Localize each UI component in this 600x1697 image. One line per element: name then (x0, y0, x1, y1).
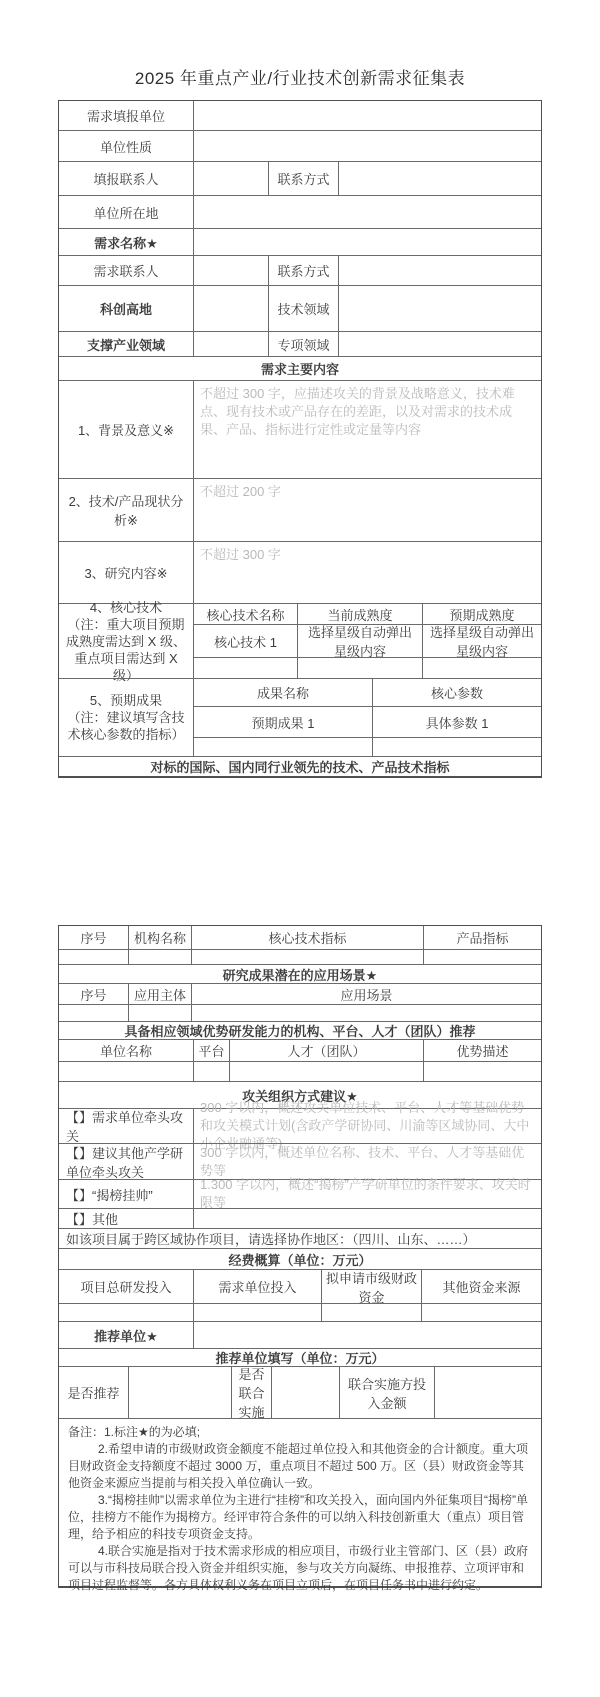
remarks-row: 备注：1.标注★的为必填; 2.希望申请的市级财政资金额度不能超过单位投入和其他… (59, 1418, 541, 1586)
page-title: 2025 年重点产业/行业技术创新需求征集表 (0, 64, 600, 89)
input-demand-unit-lead[interactable]: 300 字以内，概述攻关单位技术、平台、人才等基础优势和攻关模式计划(含政产学研… (193, 1109, 541, 1143)
col-municipal-fund: 拟申请市级财政资金 (321, 1270, 421, 1303)
col-org-name: 机构名称 (128, 926, 191, 949)
remark-item: 备注：1.标注★的为必填; (68, 1424, 532, 1441)
org-option-row: 【】建议其他产学研单位牵头攻关 300 字以内，概述单位名称、技术、平台、人才等… (59, 1143, 541, 1179)
table-row: 科创高地 技术领域 (59, 285, 541, 331)
label-sci-highland: 科创高地 (59, 286, 193, 331)
form-page: 2025 年重点产业/行业技术创新需求征集表 需求填报单位 单位性质 填报联系人… (0, 0, 600, 1588)
cell-empty[interactable] (193, 1304, 321, 1321)
label-background: 1、背景及意义※ (59, 381, 193, 478)
remarks-block: 备注：1.标注★的为必填; 2.希望申请的市级财政资金额度不能超过单位投入和其他… (59, 1419, 541, 1586)
recommendation-header-row: 单位名称 平台 人才（团队） 优势描述 (59, 1039, 541, 1061)
label-core-tech: 4、核心技术 （注：重大项目预期成熟度需达到 X 级、重点项目需达到 X 级） (59, 604, 193, 678)
cell-empty[interactable] (59, 1304, 193, 1321)
cell-empty[interactable] (128, 1005, 191, 1021)
checkbox-unveil-list[interactable]: 【】“揭榜挂帅” (59, 1180, 193, 1208)
section-header-row: 需求主要内容 (59, 356, 541, 380)
col-unit-name: 单位名称 (59, 1040, 193, 1061)
input-other-unit-lead[interactable]: 300 字以内，概述单位名称、技术、平台、人才等基础优势等 (193, 1144, 541, 1179)
col-result-name: 成果名称 (194, 679, 372, 706)
cell-empty[interactable] (194, 738, 372, 756)
subtable-empty-row (194, 657, 541, 678)
cell-empty[interactable] (59, 1062, 193, 1081)
section-budget: 经费概算（单位：万元） (59, 1249, 541, 1269)
table-row: 1、背景及意义※ 不超过 300 字，应描述攻关的背景及战略意义，技术难点、现有… (59, 380, 541, 478)
col-platform: 平台 (193, 1040, 229, 1061)
cell-specific-param-1[interactable]: 具体参数 1 (372, 707, 541, 737)
checkbox-other-unit-lead[interactable]: 【】建议其他产学研单位牵头攻关 (59, 1144, 193, 1179)
table-row: 需求填报单位 (59, 101, 541, 130)
org-option-row: 【】需求单位牵头攻关 300 字以内，概述攻关单位技术、平台、人才等基础优势和攻… (59, 1108, 541, 1143)
indicator-header-row: 序号 机构名称 核心技术指标 产品指标 (59, 926, 541, 949)
cell-empty[interactable] (191, 1005, 541, 1021)
input-industry-field[interactable] (193, 332, 268, 356)
expected-results-row: 5、预期成果 （注：建议填写含技术核心参数的指标） 成果名称 核心参数 预期成果… (59, 678, 541, 756)
cell-empty[interactable] (194, 658, 297, 678)
cell-empty[interactable] (321, 1304, 421, 1321)
col-talent-team: 人才（团队） (229, 1040, 423, 1061)
table-row: 单位所在地 (59, 195, 541, 228)
col-application-subject: 应用主体 (128, 984, 191, 1004)
recommend-unit-row: 推荐单位★ (59, 1321, 541, 1348)
input-background[interactable]: 不超过 300 字，应描述攻关的背景及战略意义，技术难点、现有技术或产品存在的差… (193, 381, 541, 478)
org-option-row: 【】其他 (59, 1208, 541, 1228)
col-total-rd-input: 项目总研发投入 (59, 1270, 193, 1303)
input-unit-location[interactable] (193, 196, 541, 228)
input-special-field[interactable] (338, 332, 541, 356)
cell-current-maturity[interactable]: 选择星级自动弹出星级内容 (297, 625, 422, 657)
col-core-params: 核心参数 (372, 679, 541, 706)
col-seq: 序号 (59, 926, 128, 949)
input-contact-way[interactable] (338, 162, 541, 195)
subtable-data-row: 预期成果 1 具体参数 1 (194, 706, 541, 737)
input-unveil-list[interactable]: 1.300 字以内，概述“揭榜”产学研单位的条件要求、攻关时限等 (193, 1180, 541, 1208)
benchmark-row: 对标的国际、国内同行业领先的技术、产品技术指标 (59, 756, 541, 776)
cell-empty[interactable] (193, 1062, 229, 1081)
cell-empty[interactable] (422, 658, 541, 678)
col-seq: 序号 (59, 984, 128, 1004)
cell-empty[interactable] (421, 1304, 541, 1321)
label-joint-investment: 联合实施方投入金额 (339, 1367, 434, 1418)
subtable-data-row: 核心技术 1 选择星级自动弹出星级内容 选择星级自动弹出星级内容 (194, 624, 541, 657)
input-tech-field[interactable] (338, 286, 541, 331)
demand-info-table: 需求填报单位 单位性质 填报联系人 联系方式 单位所在地 需求名称★ 需求联系人… (58, 100, 542, 778)
label-contact-way-2: 联系方式 (268, 256, 338, 285)
subtable-header-row: 成果名称 核心参数 (194, 679, 541, 706)
cell-empty[interactable] (372, 738, 541, 756)
table-row: 3、研究内容※ 不超过 300 字 (59, 541, 541, 603)
input-fill-contact[interactable] (193, 162, 268, 195)
label-tech-field: 技术领域 (268, 286, 338, 331)
label-status-analysis: 2、技术/产品现状分析※ (59, 479, 193, 541)
subtable-header-row: 核心技术名称 当前成熟度 预期成熟度 (194, 604, 541, 624)
label-fill-unit: 需求填报单位 (59, 101, 193, 130)
cell-empty[interactable] (423, 950, 541, 964)
table-row: 单位性质 (59, 130, 541, 161)
input-other[interactable] (193, 1209, 541, 1228)
col-expected-maturity: 预期成熟度 (422, 604, 541, 624)
input-fill-unit[interactable] (193, 101, 541, 130)
label-special-field: 专项领域 (268, 332, 338, 356)
table-row: 支撑产业领域 专项领域 (59, 331, 541, 356)
col-core-tech-name: 核心技术名称 (194, 604, 297, 624)
col-product-indicator: 产品指标 (423, 926, 541, 949)
col-application-scenario: 应用场景 (191, 984, 541, 1004)
core-tech-row: 4、核心技术 （注：重大项目预期成熟度需达到 X 级、重点项目需达到 X 级） … (59, 603, 541, 678)
organization-table: 序号 机构名称 核心技术指标 产品指标 研究成果潜在的应用场景★ 序号 应用主体… (58, 925, 542, 1588)
cell-expected-result-1[interactable]: 预期成果 1 (194, 707, 372, 737)
label-is-recommended: 是否推荐 (59, 1367, 128, 1418)
col-core-tech-indicator: 核心技术指标 (191, 926, 423, 949)
col-other-fund-source: 其他资金来源 (421, 1270, 541, 1303)
table-row: 需求联系人 联系方式 (59, 255, 541, 285)
org-option-row: 【】“揭榜挂帅” 1.300 字以内，概述“揭榜”产学研单位的条件要求、攻关时限… (59, 1179, 541, 1208)
input-joint-implementation[interactable] (271, 1367, 339, 1418)
indicator-empty-row (59, 949, 541, 964)
table-row: 需求名称★ (59, 228, 541, 255)
input-status-analysis[interactable]: 不超过 200 字 (193, 479, 541, 541)
input-recommend-unit[interactable] (193, 1322, 541, 1348)
col-advantage-desc: 优势描述 (423, 1040, 541, 1061)
label-recommend-unit: 推荐单位★ (59, 1322, 193, 1348)
section-application-scenarios: 研究成果潜在的应用场景★ (59, 965, 541, 983)
label-demand-name: 需求名称★ (59, 229, 193, 255)
benchmark-header: 对标的国际、国内同行业领先的技术、产品技术指标 (59, 757, 541, 776)
expected-results-subtable: 成果名称 核心参数 预期成果 1 具体参数 1 (193, 679, 541, 756)
table-row: 2、技术/产品现状分析※ 不超过 200 字 (59, 478, 541, 541)
input-sci-highland[interactable] (193, 286, 268, 331)
label-joint-implementation: 是否联合实施 (231, 1367, 271, 1418)
cell-empty[interactable] (59, 950, 128, 964)
input-research-content[interactable]: 不超过 300 字 (193, 542, 541, 603)
cell-empty[interactable] (128, 950, 191, 964)
section-header-row: 研究成果潜在的应用场景★ (59, 964, 541, 983)
label-industry-field: 支撑产业领域 (59, 332, 193, 356)
label-contact-way: 联系方式 (268, 162, 338, 195)
subtable-empty-row (194, 737, 541, 756)
section-recommendation: 具备相应领域优势研发能力的机构、平台、人才（团队）推荐 (59, 1022, 541, 1039)
cross-region-text[interactable]: 如该项目属于跨区域协作项目，请选择协作地区：（四川、山东、……） (59, 1229, 541, 1248)
core-tech-subtable: 核心技术名称 当前成熟度 预期成熟度 核心技术 1 选择星级自动弹出星级内容 选… (193, 604, 541, 678)
input-demand-name[interactable] (193, 229, 541, 255)
budget-header-row: 项目总研发投入 需求单位投入 拟申请市级财政资金 其他资金来源 (59, 1269, 541, 1303)
application-empty-row (59, 1004, 541, 1021)
input-joint-investment[interactable] (434, 1367, 541, 1418)
input-demand-contact[interactable] (193, 256, 268, 285)
label-expected-results: 5、预期成果 （注：建议填写含技术核心参数的指标） (59, 679, 193, 756)
label-research-content: 3、研究内容※ (59, 542, 193, 603)
input-contact-way-2[interactable] (338, 256, 541, 285)
label-demand-contact: 需求联系人 (59, 256, 193, 285)
cross-region-row: 如该项目属于跨区域协作项目，请选择协作地区：（四川、山东、……） (59, 1228, 541, 1248)
recommend-fill-row: 是否推荐 是否联合实施 联合实施方投入金额 (59, 1366, 541, 1418)
checkbox-other[interactable]: 【】其他 (59, 1209, 193, 1228)
checkbox-demand-unit-lead[interactable]: 【】需求单位牵头攻关 (59, 1109, 193, 1143)
input-unit-nature[interactable] (193, 131, 541, 161)
col-demand-unit-input: 需求单位投入 (193, 1270, 321, 1303)
cell-empty[interactable] (59, 1005, 128, 1021)
remark-item: 3.“揭榜挂帅”以需求单位为主进行“挂榜”和攻关投入，面向国内外征集项目“揭榜”… (68, 1492, 532, 1543)
cell-empty[interactable] (297, 658, 422, 678)
section-header-row: 推荐单位填写（单位：万元） (59, 1348, 541, 1366)
table-row: 填报联系人 联系方式 (59, 161, 541, 195)
section-main-content: 需求主要内容 (59, 357, 541, 380)
cell-core-tech-1[interactable]: 核心技术 1 (194, 625, 297, 657)
section-header-row: 经费概算（单位：万元） (59, 1248, 541, 1269)
cell-empty[interactable] (229, 1062, 423, 1081)
remark-item: 2.希望申请的市级财政资金额度不能超过单位投入和其他资金的合计额度。重大项目财政… (68, 1441, 532, 1492)
label-unit-nature: 单位性质 (59, 131, 193, 161)
label-unit-location: 单位所在地 (59, 196, 193, 228)
remark-item: 4.联合实施是指对于技术需求形成的相应项目，市级行业主管部门、区（县）政府可以与… (68, 1543, 532, 1594)
section-recommend-fill: 推荐单位填写（单位：万元） (59, 1349, 541, 1366)
cell-empty[interactable] (191, 950, 423, 964)
budget-empty-row (59, 1303, 541, 1321)
col-current-maturity: 当前成熟度 (297, 604, 422, 624)
label-fill-contact: 填报联系人 (59, 162, 193, 195)
input-is-recommended[interactable] (128, 1367, 231, 1418)
section-header-row: 具备相应领域优势研发能力的机构、平台、人才（团队）推荐 (59, 1021, 541, 1039)
recommendation-empty-row (59, 1061, 541, 1081)
cell-expected-maturity[interactable]: 选择星级自动弹出星级内容 (422, 625, 541, 657)
cell-empty[interactable] (423, 1062, 541, 1081)
application-header-row: 序号 应用主体 应用场景 (59, 983, 541, 1004)
